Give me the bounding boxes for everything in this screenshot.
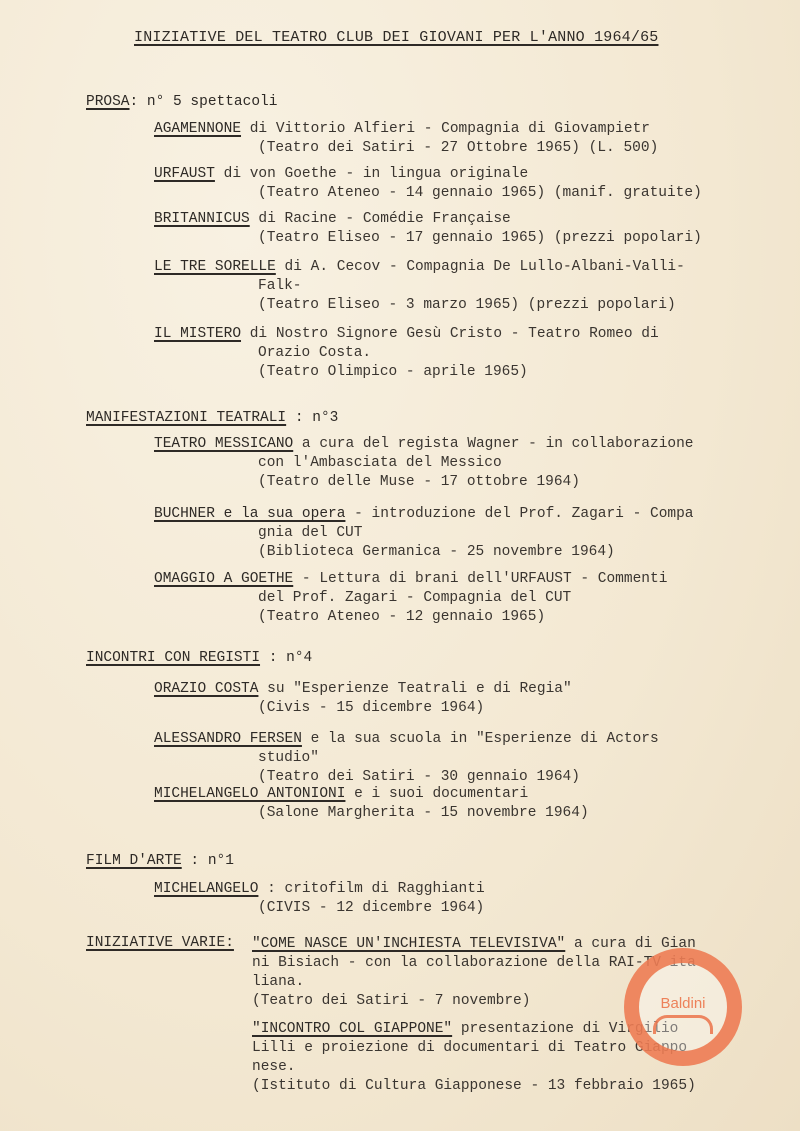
entry-title: LE TRE SORELLE bbox=[154, 259, 276, 275]
entry-line: gnia del CUT bbox=[154, 524, 694, 543]
library-stamp: Baldini bbox=[624, 948, 742, 1066]
entry-line: studio" bbox=[154, 749, 659, 768]
entry-title: ORAZIO COSTA bbox=[154, 681, 258, 697]
entry-line: (Teatro Olimpico - aprile 1965) bbox=[154, 363, 659, 382]
entry-title: "COME NASCE UN'INCHIESTA TELEVISIVA" bbox=[252, 936, 565, 952]
entry: MICHELANGELO : critofilm di Ragghianti(C… bbox=[154, 880, 485, 918]
section-count: : n°3 bbox=[286, 410, 338, 426]
entry-text: - introduzione del Prof. Zagari - Compa bbox=[345, 506, 693, 522]
entry-line: del Prof. Zagari - Compagnia del CUT bbox=[154, 589, 667, 608]
entry: ALESSANDRO FERSEN e la sua scuola in "Es… bbox=[154, 730, 659, 787]
section-heading-label: INCONTRI CON REGISTI bbox=[86, 650, 260, 666]
entry-line: (Istituto di Cultura Giapponese - 13 feb… bbox=[252, 1077, 696, 1096]
entry-title: BRITANNICUS bbox=[154, 211, 250, 227]
entry-text: - Lettura di brani dell'URFAUST - Commen… bbox=[293, 571, 667, 587]
entry: OMAGGIO A GOETHE - Lettura di brani dell… bbox=[154, 570, 667, 627]
stamp-logo-icon bbox=[653, 1015, 713, 1034]
section-heading: FILM D'ARTE : n°1 bbox=[86, 853, 234, 869]
entry-title: URFAUST bbox=[154, 166, 215, 182]
stamp-label: Baldini bbox=[639, 995, 727, 1012]
entry-text: : critofilm di Ragghianti bbox=[258, 881, 484, 897]
section-heading: INCONTRI CON REGISTI : n°4 bbox=[86, 650, 312, 666]
entry-title: "INCONTRO COL GIAPPONE" bbox=[252, 1021, 452, 1037]
entry-title: TEATRO MESSICANO bbox=[154, 436, 293, 452]
entry-text: di von Goethe - in lingua originale bbox=[215, 166, 528, 182]
entry-title: IL MISTERO bbox=[154, 326, 241, 342]
entry: BUCHNER e la sua opera - introduzione de… bbox=[154, 505, 694, 562]
entry: AGAMENNONE di Vittorio Alfieri - Compagn… bbox=[154, 120, 658, 158]
section-count: : n°4 bbox=[260, 650, 312, 666]
entry-line: (Teatro dei Satiri - 27 Ottobre 1965) (L… bbox=[154, 139, 658, 158]
entry-title: AGAMENNONE bbox=[154, 121, 241, 137]
section-heading: MANIFESTAZIONI TEATRALI : n°3 bbox=[86, 410, 338, 426]
entry-text: su "Esperienze Teatrali e di Regia" bbox=[258, 681, 571, 697]
entry-line: (Civis - 15 dicembre 1964) bbox=[154, 699, 572, 718]
entry: ORAZIO COSTA su "Esperienze Teatrali e d… bbox=[154, 680, 572, 718]
entry-text: a cura del regista Wagner - in collabora… bbox=[293, 436, 693, 452]
entry-title: MICHELANGELO ANTONIONI bbox=[154, 786, 345, 802]
entry-line: (Teatro Ateneo - 12 gennaio 1965) bbox=[154, 608, 667, 627]
entry-title: BUCHNER e la sua opera bbox=[154, 506, 345, 522]
section-heading: INIZIATIVE VARIE: bbox=[86, 935, 234, 951]
entry: BRITANNICUS di Racine - Comédie Français… bbox=[154, 210, 702, 248]
entry-line: Orazio Costa. bbox=[154, 344, 659, 363]
entry-text: di A. Cecov - Compagnia De Lullo-Albani-… bbox=[276, 259, 685, 275]
entry: LE TRE SORELLE di A. Cecov - Compagnia D… bbox=[154, 258, 685, 315]
section-heading-label: INIZIATIVE VARIE: bbox=[86, 935, 234, 951]
section-heading-label: MANIFESTAZIONI TEATRALI bbox=[86, 410, 286, 426]
document-title: INIZIATIVE DEL TEATRO CLUB DEI GIOVANI P… bbox=[134, 29, 658, 46]
entry-line: con l'Ambasciata del Messico bbox=[154, 454, 694, 473]
entry-title: OMAGGIO A GOETHE bbox=[154, 571, 293, 587]
entry: MICHELANGELO ANTONIONI e i suoi document… bbox=[154, 785, 589, 823]
entry-text: di Nostro Signore Gesù Cristo - Teatro R… bbox=[241, 326, 659, 342]
entry-line: nese. bbox=[252, 1058, 696, 1077]
document-page: INIZIATIVE DEL TEATRO CLUB DEI GIOVANI P… bbox=[0, 0, 800, 1131]
entry-text: di Vittorio Alfieri - Compagnia di Giova… bbox=[241, 121, 650, 137]
entry-line: Lilli e proiezione di documentari di Tea… bbox=[252, 1039, 696, 1058]
entry: TEATRO MESSICANO a cura del regista Wagn… bbox=[154, 435, 694, 492]
entry: URFAUST di von Goethe - in lingua origin… bbox=[154, 165, 702, 203]
entry-line: (Teatro Eliseo - 17 gennaio 1965) (prezz… bbox=[154, 229, 702, 248]
entry-text: e la sua scuola in "Esperienze di Actors bbox=[302, 731, 659, 747]
section-count: : n° 5 spettacoli bbox=[130, 94, 278, 110]
entry-line: Falk- bbox=[154, 277, 685, 296]
section-count: : n°1 bbox=[182, 853, 234, 869]
entry-line: (Teatro delle Muse - 17 ottobre 1964) bbox=[154, 473, 694, 492]
section-heading-label: PROSA bbox=[86, 94, 130, 110]
entry-line: (Salone Margherita - 15 novembre 1964) bbox=[154, 804, 589, 823]
entry-text: di Racine - Comédie Française bbox=[250, 211, 511, 227]
entry-line: (Teatro Ateneo - 14 gennaio 1965) (manif… bbox=[154, 184, 702, 203]
entry-line: ni Bisiach - con la collaborazione della… bbox=[252, 954, 696, 973]
entry-title: MICHELANGELO bbox=[154, 881, 258, 897]
entry-line: (Biblioteca Germanica - 25 novembre 1964… bbox=[154, 543, 694, 562]
entry-line: (CIVIS - 12 dicembre 1964) bbox=[154, 899, 485, 918]
section-heading-label: FILM D'ARTE bbox=[86, 853, 182, 869]
section-heading: PROSA: n° 5 spettacoli bbox=[86, 94, 277, 110]
entry-line: (Teatro Eliseo - 3 marzo 1965) (prezzi p… bbox=[154, 296, 685, 315]
entry: IL MISTERO di Nostro Signore Gesù Cristo… bbox=[154, 325, 659, 382]
entry-title: ALESSANDRO FERSEN bbox=[154, 731, 302, 747]
entry-text: e i suoi documentari bbox=[345, 786, 528, 802]
